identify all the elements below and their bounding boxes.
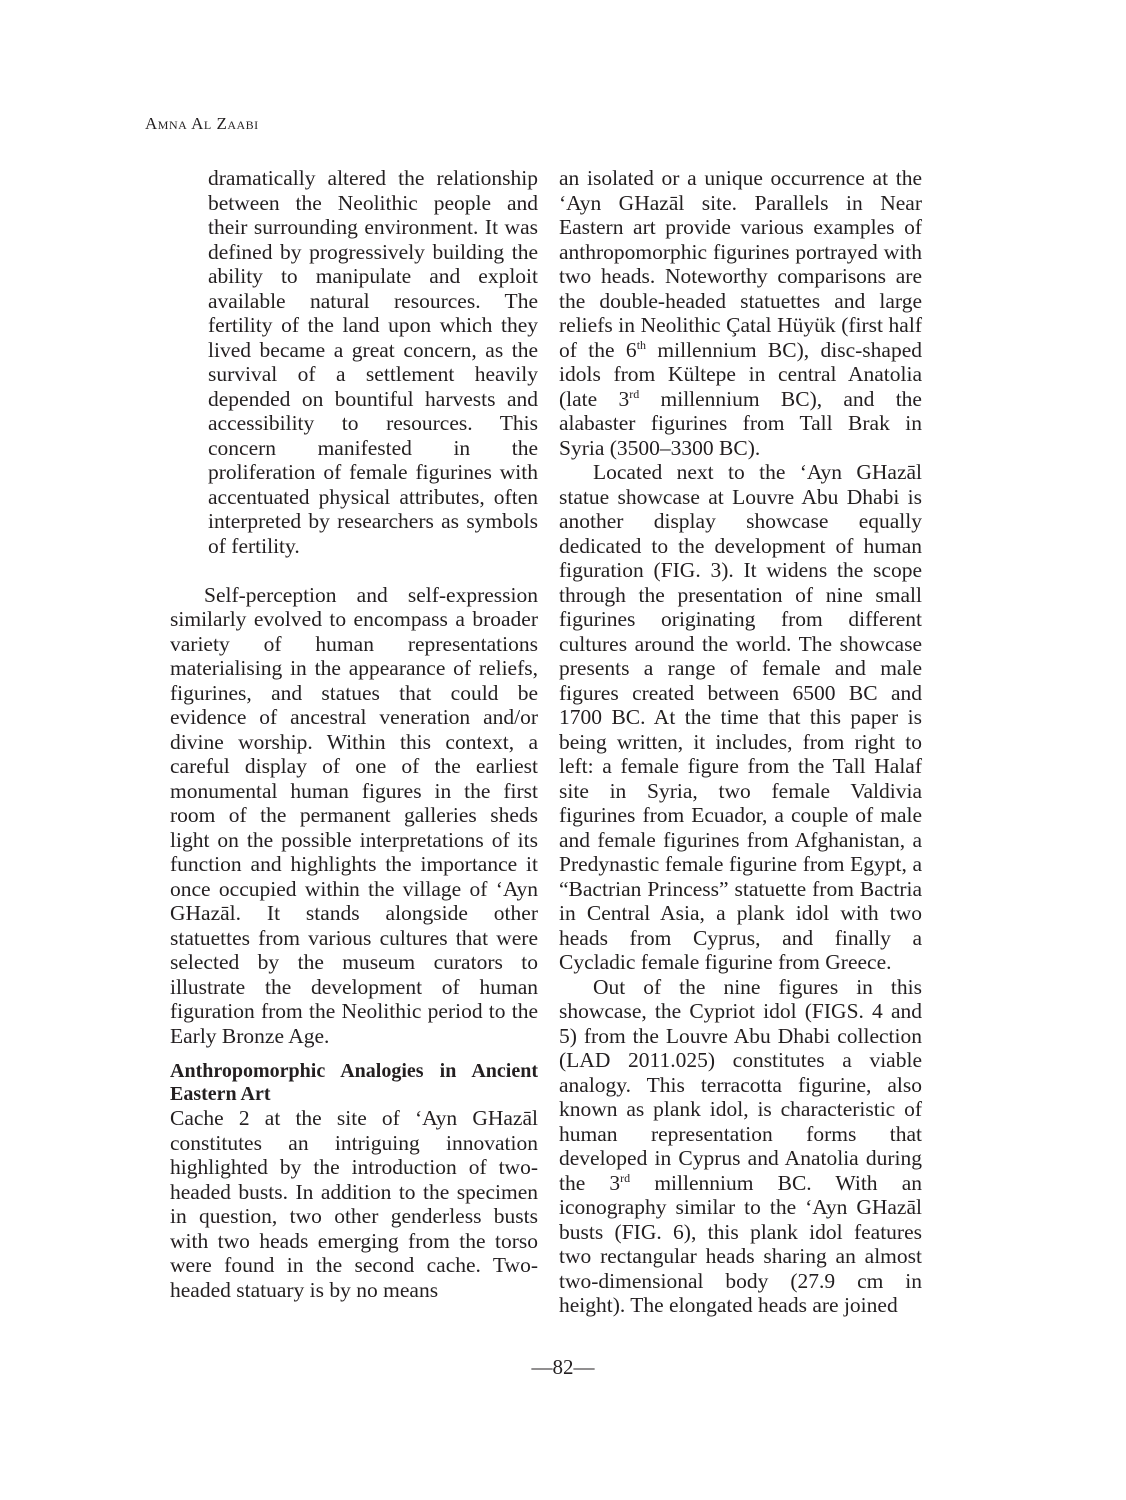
block-quote: dramatically altered the relationship be… (170, 166, 538, 558)
superscript: rd (620, 1171, 630, 1185)
running-head-author: Amna Al Zaabi (145, 114, 259, 134)
spacer (170, 558, 538, 583)
paragraph: Self-perception and self-expression simi… (170, 583, 538, 1049)
section-heading: Anthropomorphic Analogies in Ancient Eas… (170, 1060, 538, 1106)
page-number: —82— (0, 1355, 1126, 1380)
paragraph: an isolated or a unique occurrence at th… (559, 166, 922, 460)
text-run: an isolated or a unique occurrence at th… (559, 166, 922, 362)
superscript: rd (629, 387, 639, 401)
paragraph: Located next to the ʻAyn GHazāl statue s… (559, 460, 922, 975)
paragraph: Out of the nine figures in this showcase… (559, 975, 922, 1318)
left-column: dramatically altered the relationship be… (170, 166, 538, 1302)
right-column: an isolated or a unique occurrence at th… (559, 166, 922, 1318)
paragraph: Cache 2 at the site of ʻAyn GHazāl const… (170, 1106, 538, 1302)
text-run: Out of the nine figures in this showcase… (559, 975, 922, 1195)
superscript: th (637, 338, 646, 352)
